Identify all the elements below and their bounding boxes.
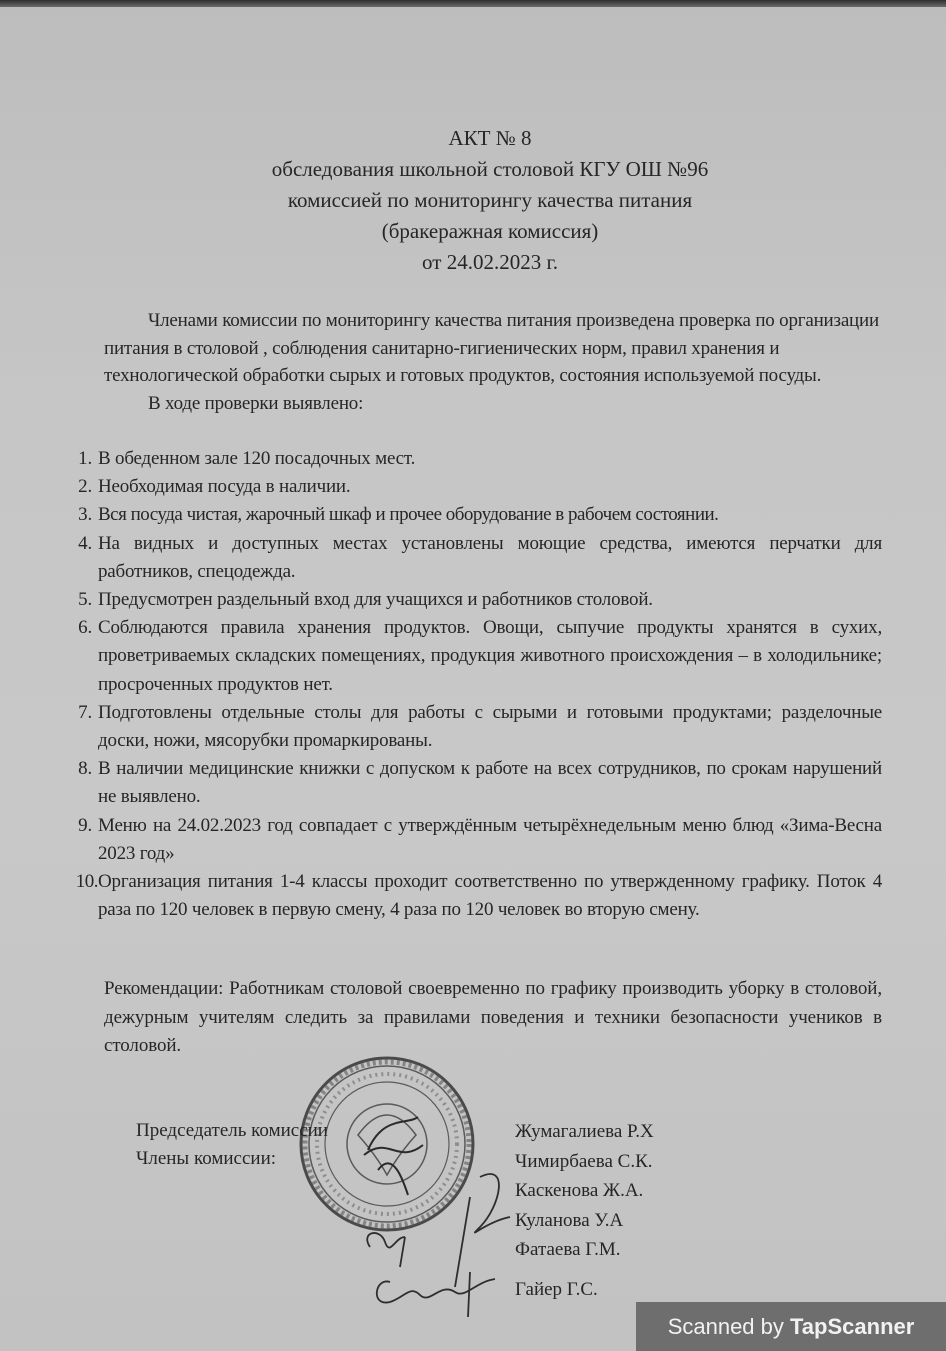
list-item: 5.Предусмотрен раздельный вход для учащи… [64,586,882,614]
signature-labels: Председатель комиссии Члены комиссии: [136,1117,328,1173]
title-line: (бракеражная комиссия) [0,216,946,247]
signatory-name: Фатаева Г.М. [515,1235,654,1265]
signatory-name: Куланова У.А [515,1206,654,1236]
recommendations: Рекомендации: Работникам столовой своевр… [104,975,882,1061]
members-label: Члены комиссии: [136,1145,328,1173]
title-date: от 24.02.2023 г. [0,247,946,278]
list-item: 3.Вся посуда чистая, жарочный шкаф и про… [64,501,882,529]
document-title: АКТ № 8 обследования школьной столовой К… [0,123,946,278]
scanner-watermark: Scanned by TapScanner [636,1302,946,1351]
title-line: АКТ № 8 [0,123,946,154]
list-item: 10.Организация питания 1-4 классы проход… [64,868,882,924]
signatory-name: Чимирбаева С.К. [515,1147,654,1177]
signatory-name: Жумагалиева Р.Х [515,1117,654,1147]
list-item: 9.Меню на 24.02.2023 год совпадает с утв… [64,812,882,868]
list-item: 1.В обеденном зале 120 посадочных мест. [64,445,882,473]
list-item: 6.Соблюдаются правила хранения продуктов… [64,614,882,699]
list-item: 7.Подготовлены отдельные столы для работ… [64,699,882,755]
chair-label: Председатель комиссии [136,1117,328,1145]
intro-paragraph: Членами комиссии по мониторингу качества… [104,307,884,390]
title-line: обследования школьной столовой КГУ ОШ №9… [0,154,946,185]
findings-header: В ходе проверки выявлено: [104,390,884,418]
intro-section: Членами комиссии по мониторингу качества… [104,307,884,417]
scan-top-edge [0,0,946,7]
handwritten-signatures [360,1167,520,1317]
signatory-name: Гайер Г.С. [515,1275,654,1305]
title-line: комиссией по мониторингу качества питани… [0,185,946,216]
document-page: АКТ № 8 обследования школьной столовой К… [0,7,946,1351]
list-item: 8.В наличии медицинские книжки с допуско… [64,755,882,811]
signatory-names: Жумагалиева Р.Х Чимирбаева С.К. Каскенов… [515,1117,654,1304]
findings-list: 1.В обеденном зале 120 посадочных мест. … [64,445,882,924]
list-item: 2.Необходимая посуда в наличии. [64,473,882,501]
signatory-name: Каскенова Ж.А. [515,1176,654,1206]
list-item: 4.На видных и доступных местах установле… [64,530,882,586]
